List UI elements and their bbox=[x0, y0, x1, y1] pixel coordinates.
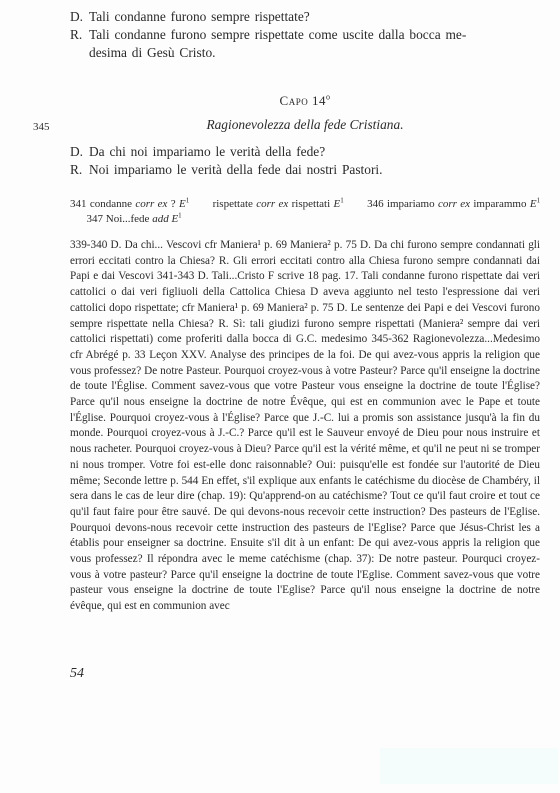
question-row: D. Tali condanne furono sempre rispettat… bbox=[70, 8, 540, 26]
answer-row: R. Noi impariamo le verità della fede da… bbox=[70, 161, 540, 179]
answer-text: Tali condanne furono sempre rispettate c… bbox=[89, 26, 540, 62]
top-qa-block: D. Tali condanne furono sempre rispettat… bbox=[70, 8, 540, 62]
apparatus-entry: 347 Noi...fede add E1 bbox=[87, 213, 182, 225]
question-row: D. Da chi noi impariamo le verità della … bbox=[70, 143, 540, 161]
book-page: D. Tali condanne furono sempre rispettat… bbox=[0, 0, 560, 793]
answer-row: R. Tali condanne furono sempre rispettat… bbox=[70, 26, 540, 62]
page-number: 54 bbox=[70, 666, 84, 682]
scan-artifact bbox=[380, 748, 558, 784]
answer-text-line-1: Tali condanne furono sempre rispettate c… bbox=[89, 27, 466, 42]
chapter-qa-block: D. Da chi noi impariamo le verità della … bbox=[70, 143, 540, 179]
chapter-title-text: Capo 14o bbox=[280, 93, 331, 108]
answer-label: R. bbox=[70, 161, 82, 179]
answer-label: R. bbox=[70, 26, 82, 44]
critical-apparatus: 341 condanne corr ex ? E1 rispettate cor… bbox=[70, 197, 540, 227]
question-label: D. bbox=[70, 143, 83, 161]
question-text: Tali condanne furono sempre rispettate? bbox=[89, 8, 540, 26]
apparatus-entry: 341 condanne corr ex ? E1 bbox=[70, 198, 193, 210]
commentary-text: 339-340 D. Da chi... Vescovi cfr Maniera… bbox=[70, 238, 540, 615]
chapter-title: Capo 14o bbox=[70, 93, 540, 109]
commentary: 339-340 D. Da chi... Vescovi cfr Maniera… bbox=[70, 238, 540, 615]
question-label: D. bbox=[70, 8, 83, 26]
chapter-subtitle: Ragionevolezza della fede Cristiana. bbox=[70, 117, 540, 133]
apparatus-entry: 346 impariamo corr ex imparammo E1 bbox=[367, 198, 540, 210]
answer-text-line-2: desima di Gesù Cristo. bbox=[89, 45, 216, 60]
question-text: Da chi noi impariamo le verità della fed… bbox=[89, 143, 540, 161]
apparatus-entry: rispettate corr ex rispettati E1 bbox=[213, 198, 347, 210]
margin-line-number: 345 bbox=[33, 121, 50, 133]
answer-text: Noi impariamo le verità della fede dai n… bbox=[89, 161, 540, 179]
